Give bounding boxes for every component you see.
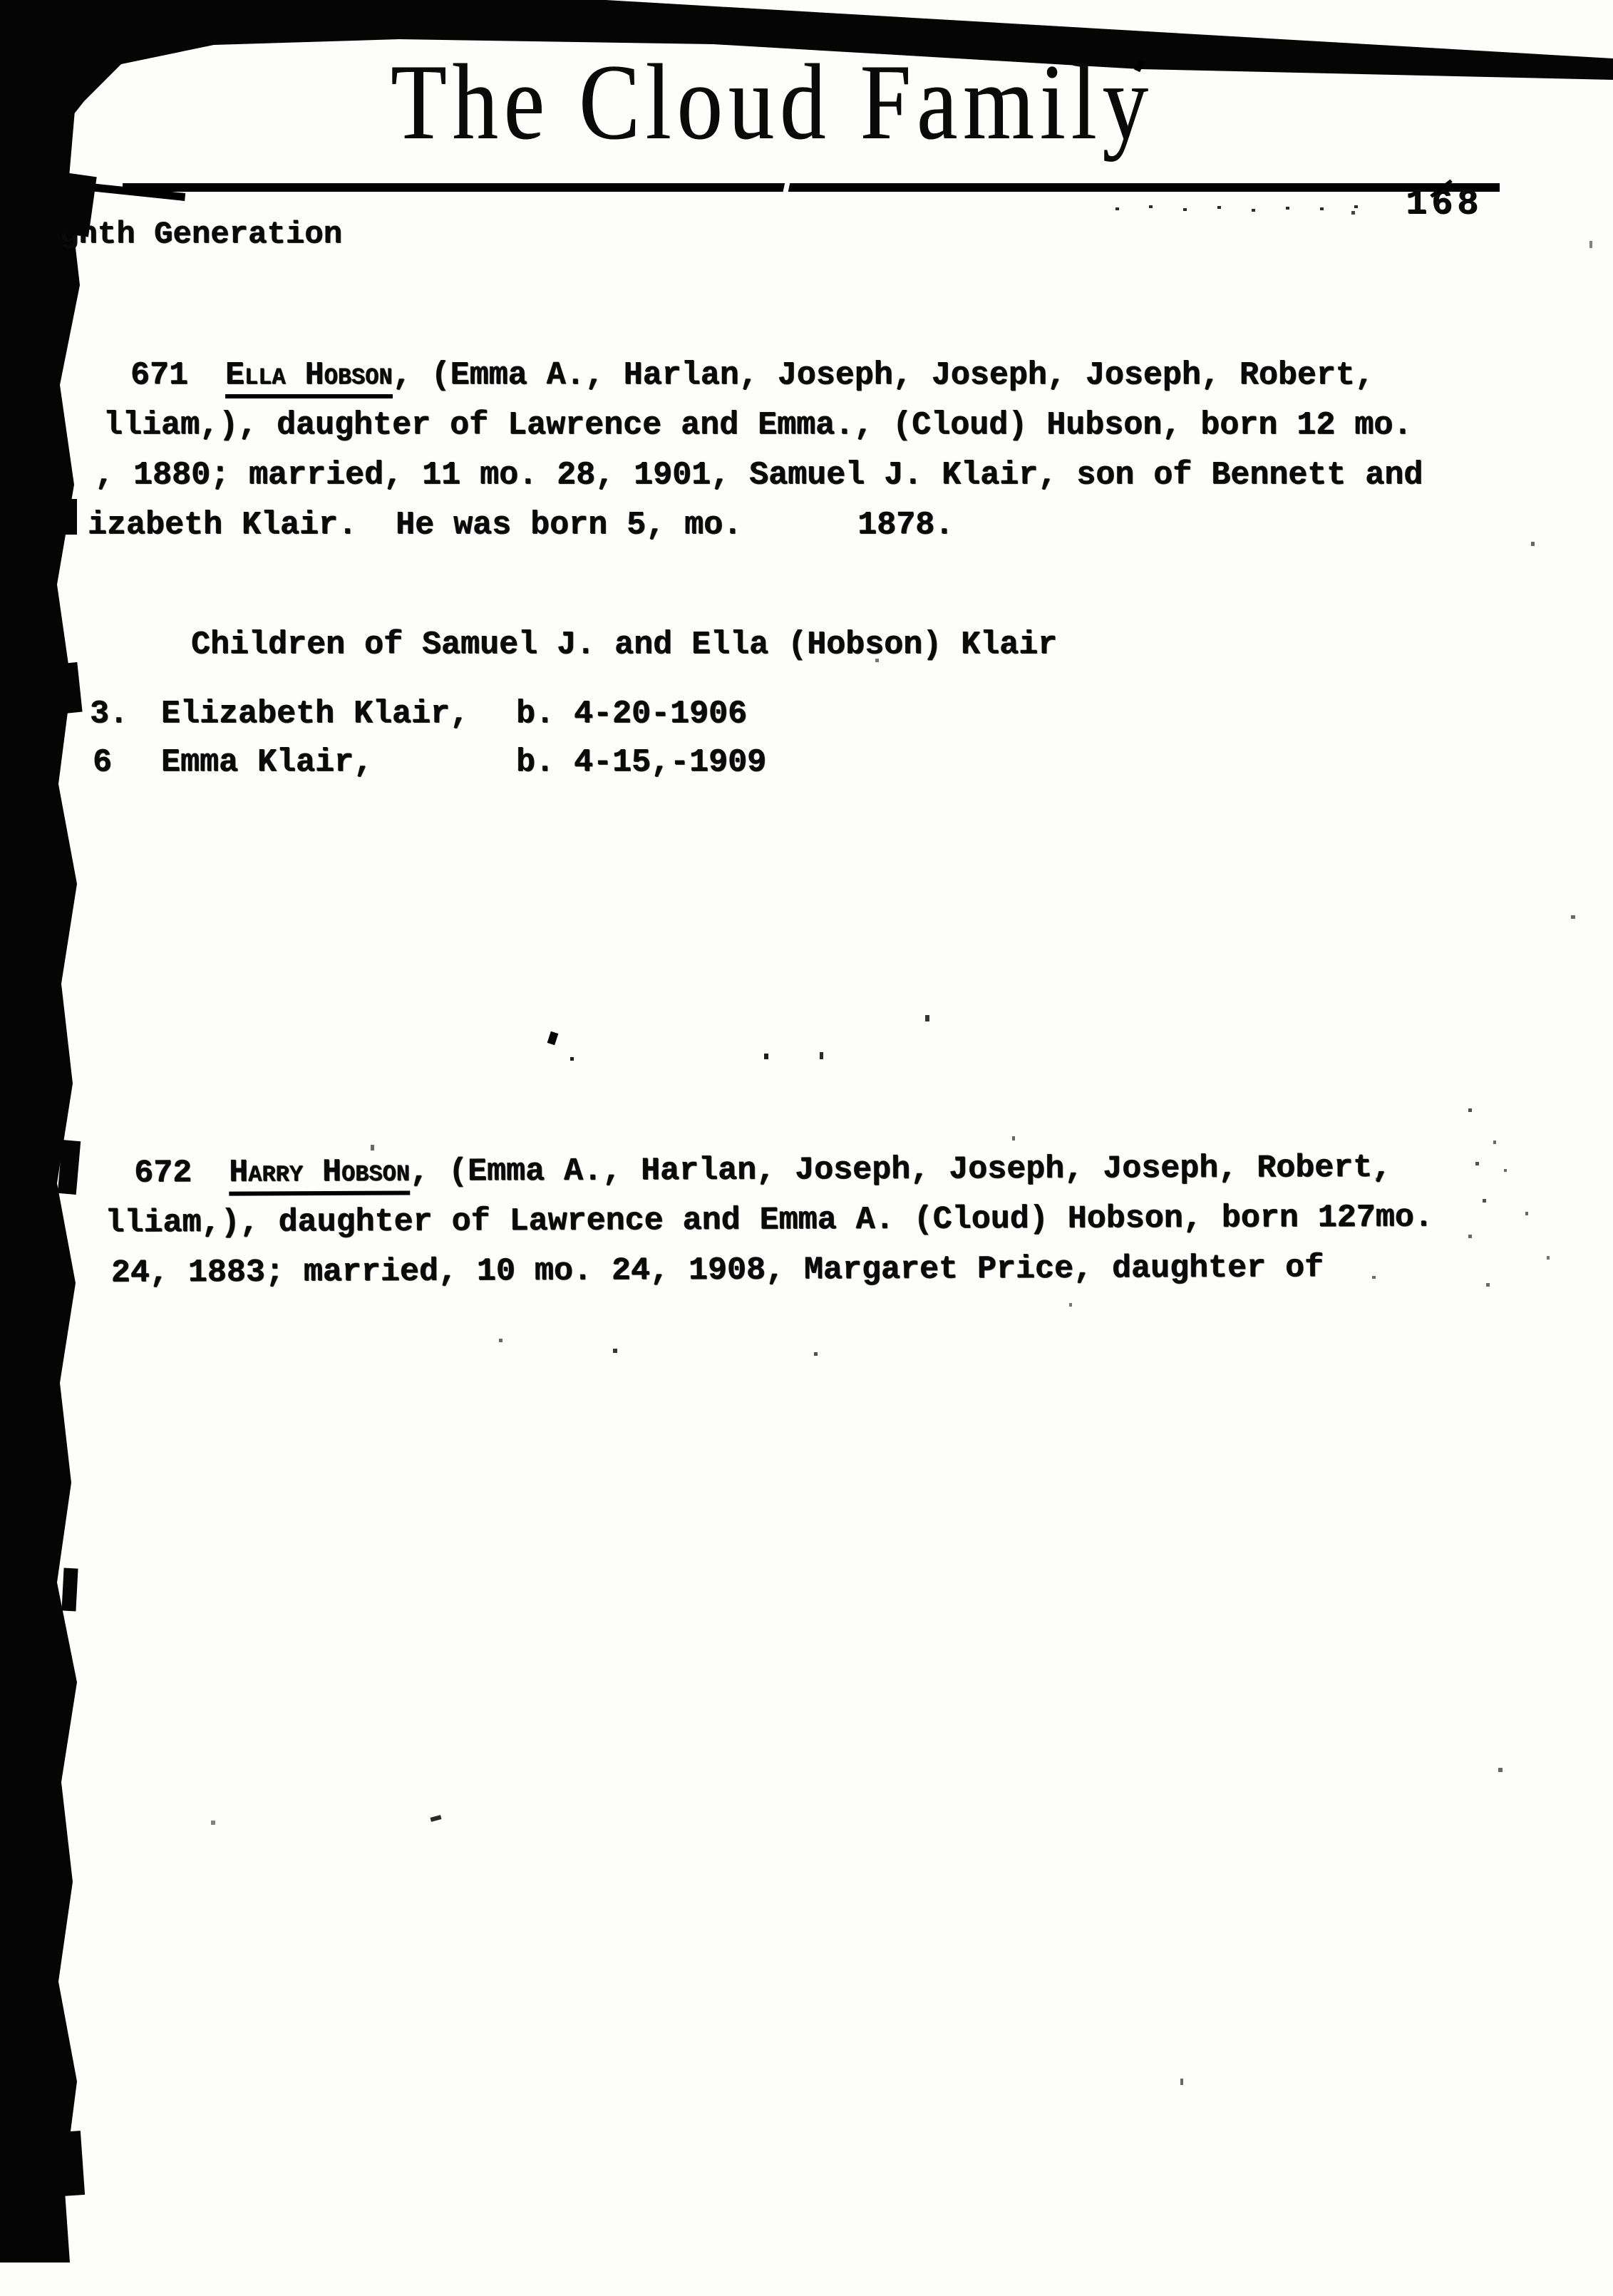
ink-speck bbox=[820, 1052, 823, 1059]
ink-speck bbox=[64, 499, 77, 535]
ink-speck bbox=[430, 1815, 441, 1822]
ink-speck bbox=[1498, 1768, 1503, 1772]
book-title: The Cloud Family bbox=[391, 40, 1154, 165]
child-birth-date: b. 4-20-1906 bbox=[516, 695, 747, 733]
ink-speck bbox=[1493, 1141, 1496, 1144]
ink-speck bbox=[371, 1145, 374, 1150]
ink-speck bbox=[925, 1015, 929, 1021]
entry-672-line-1-text: , (Emma A., Harlan, Joseph, Joseph, Jose… bbox=[410, 1149, 1391, 1190]
ink-speck bbox=[1376, 1178, 1379, 1181]
entry-672-name: Harry Hobson bbox=[229, 1154, 410, 1196]
entry-671-line-3: , 1880; married, 11 mo. 28, 1901, Samuel… bbox=[95, 456, 1423, 495]
ink-speck bbox=[1217, 206, 1221, 209]
ink-speck bbox=[1547, 1256, 1550, 1260]
child-birth-date: b. 4-15,-1909 bbox=[516, 743, 766, 782]
title-underline-rule bbox=[123, 183, 1500, 192]
child-name: Elizabeth Klair, bbox=[161, 695, 469, 733]
ink-speck bbox=[61, 1568, 78, 1612]
ink-speck bbox=[1486, 1283, 1490, 1287]
ink-speck bbox=[875, 659, 879, 662]
child-name: Emma Klair, bbox=[161, 743, 373, 782]
ink-speck bbox=[1149, 205, 1153, 208]
ink-speck bbox=[570, 1057, 574, 1061]
ink-speck bbox=[1180, 2079, 1183, 2085]
generation-heading: ghth Generation bbox=[60, 216, 342, 254]
ink-speck bbox=[1504, 1169, 1507, 1172]
ink-speck bbox=[211, 1821, 215, 1825]
page-number: 168 bbox=[1406, 184, 1483, 225]
ink-speck bbox=[1320, 207, 1324, 210]
ink-speck bbox=[1483, 1199, 1486, 1203]
ink-speck bbox=[1012, 1136, 1015, 1141]
ink-speck bbox=[1354, 205, 1358, 208]
children-heading: Children of Samuel J. and Ella (Hobson) … bbox=[191, 626, 1057, 664]
ink-speck bbox=[1422, 1220, 1425, 1223]
entry-672-number: 672 bbox=[134, 1155, 192, 1191]
entry-671-number: 671 bbox=[130, 357, 188, 393]
ink-speck bbox=[1531, 542, 1535, 546]
entry-672-line-1: 672Harry Hobson, (Emma A., Harlan, Josep… bbox=[134, 1148, 1391, 1193]
ink-speck bbox=[59, 2131, 85, 2196]
entry-671-line-1: 671Ella Hobson, (Emma A., Harlan, Joseph… bbox=[130, 356, 1374, 395]
scanned-page: The Cloud Family 168 ghth Generation 671… bbox=[0, 0, 1613, 2296]
ink-speck bbox=[1183, 208, 1187, 211]
scan-edge-left bbox=[0, 0, 93, 2262]
ink-speck bbox=[764, 1054, 768, 1059]
ink-speck bbox=[1069, 1303, 1072, 1307]
ink-speck bbox=[58, 1140, 81, 1195]
ink-speck bbox=[1252, 209, 1255, 212]
ink-speck bbox=[1115, 207, 1119, 210]
ink-speck bbox=[1468, 1235, 1472, 1238]
ink-speck bbox=[1468, 1108, 1472, 1112]
entry-671-line-1-text: , (Emma A., Harlan, Joseph, Joseph, Jose… bbox=[393, 357, 1374, 393]
ink-speck bbox=[1589, 241, 1592, 248]
entry-671-name: Ella Hobson bbox=[225, 357, 393, 398]
ink-speck bbox=[1475, 1162, 1479, 1165]
ink-speck bbox=[1351, 211, 1355, 215]
child-number: 3. bbox=[90, 695, 128, 733]
entry-672-line-3: 24, 1883; married, 10 mo. 24, 1908, Marg… bbox=[111, 1249, 1324, 1292]
ink-speck bbox=[499, 1339, 503, 1342]
child-number: 6 bbox=[93, 743, 112, 782]
ink-speck bbox=[1571, 915, 1575, 919]
entry-672-line-2: lliam,), daughter of Lawrence and Emma A… bbox=[105, 1198, 1433, 1242]
ink-speck bbox=[1372, 1276, 1376, 1279]
entry-671-line-2: lliam,), daughter of Lawrence and Emma.,… bbox=[103, 406, 1412, 445]
ink-speck bbox=[1286, 207, 1289, 210]
ink-speck bbox=[547, 1031, 559, 1046]
ink-speck bbox=[814, 1352, 818, 1356]
ink-speck bbox=[1525, 1212, 1528, 1215]
entry-671-line-4: izabeth Klair. He was born 5, mo. 1878. bbox=[88, 506, 954, 545]
ink-speck bbox=[613, 1349, 617, 1353]
